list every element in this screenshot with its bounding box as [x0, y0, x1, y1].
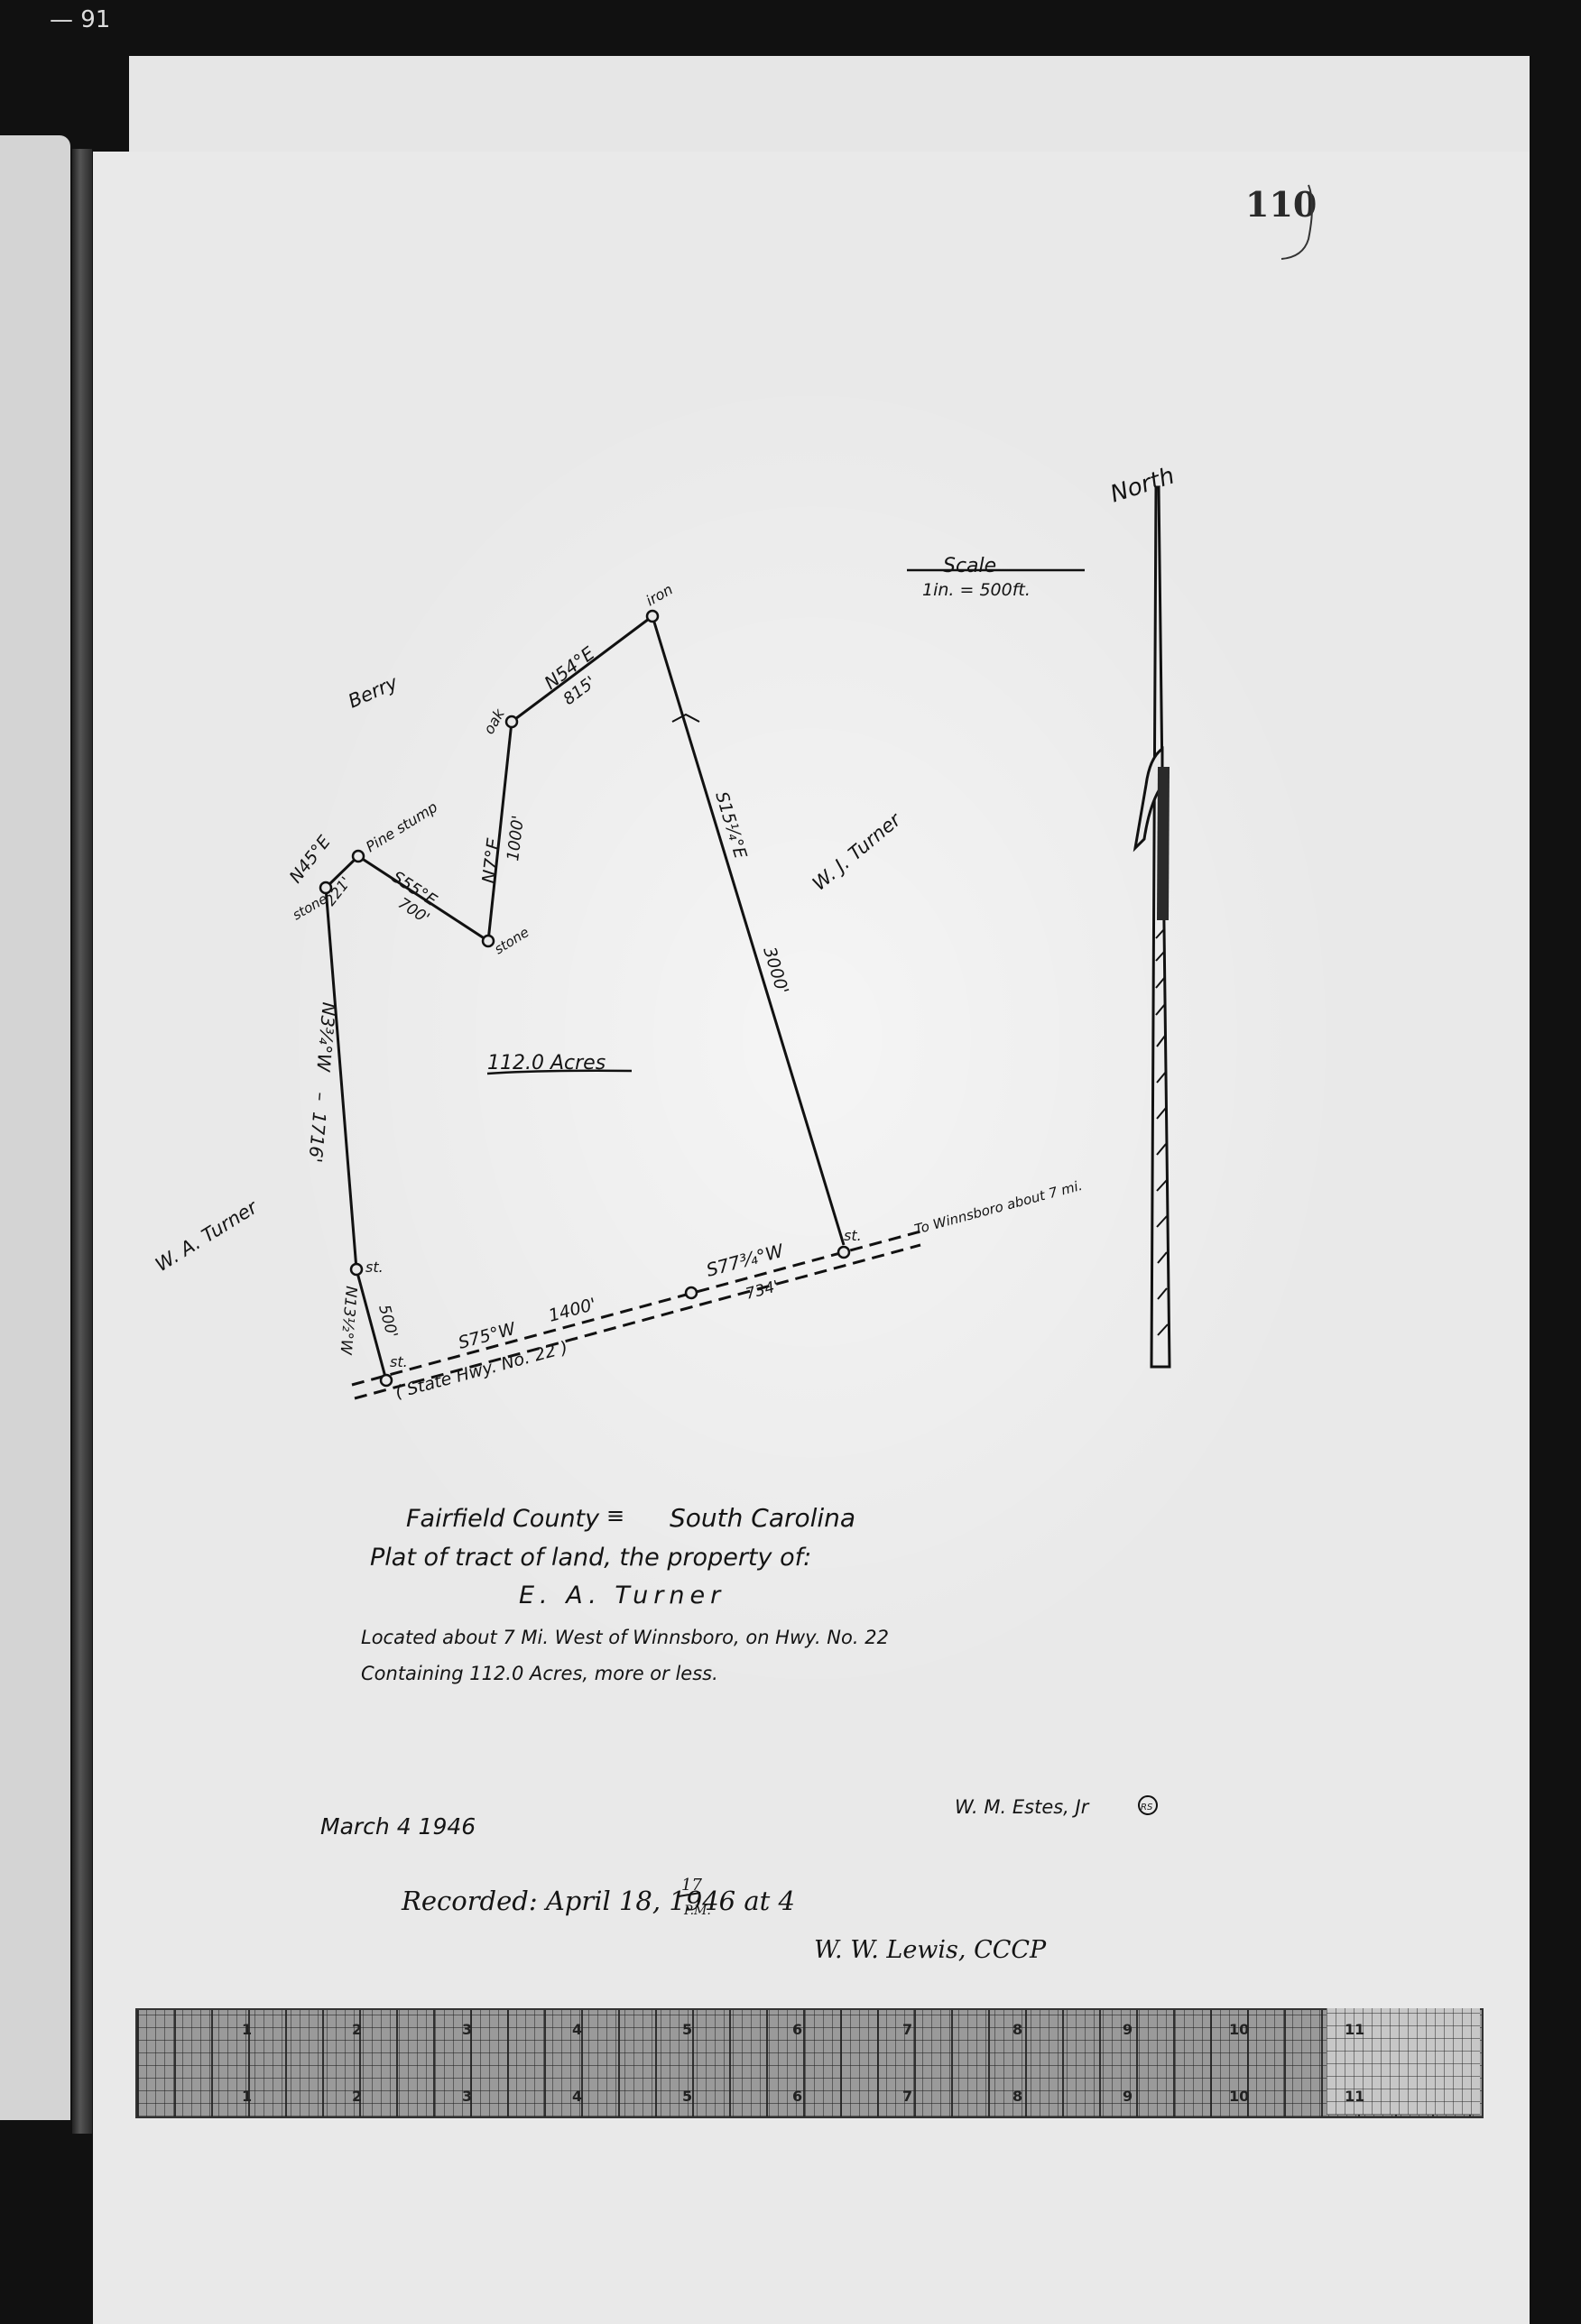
title-plat-of: Plat of tract of land, the property of:: [370, 1544, 811, 1572]
north-label: North: [1107, 463, 1178, 509]
call-n3w-bearing: N3¾°W: [312, 1001, 340, 1074]
svg-text:≡: ≡: [606, 1503, 624, 1528]
corner-label-pine-stump: Pine stump: [363, 798, 440, 856]
north-arrow: North: [1107, 463, 1178, 1367]
svg-text:RS: RS: [1141, 1803, 1153, 1812]
adjoiner-north: Berry: [345, 671, 401, 712]
call-n13w-bearing: N13½°W: [336, 1286, 360, 1357]
recorded-stamp: Recorded: April 18, 1946 at 4: [401, 1886, 795, 1916]
measurement-ruler: [135, 2008, 1484, 2118]
title-owner: E. A. Turner: [519, 1582, 726, 1609]
title-block: Fairfield County ≡ South Carolina Plat o…: [361, 1503, 889, 1684]
title-location: Located about 7 Mi. West of Winnsboro, o…: [361, 1627, 889, 1648]
corner-label-stone-mid: stone: [492, 924, 532, 957]
call-n45e-bearing: N45°E: [286, 832, 335, 887]
surveyor-signature: W. M. Estes, Jr: [955, 1796, 1090, 1818]
scale-note: Scale 1in. = 500ft.: [907, 555, 1085, 600]
corner-mark: — 91: [50, 6, 110, 33]
adjoiner-east: W. J. Turner: [809, 808, 906, 895]
svg-text:–: –: [310, 1092, 332, 1102]
call-n13w-distance: 500': [374, 1303, 401, 1340]
call-n7e-bearing: N7°E: [477, 836, 504, 884]
page-number: 110: [1245, 184, 1317, 225]
adjoiner-west: W. A. Turner: [152, 1195, 262, 1276]
call-s15e-distance: 3000': [759, 945, 792, 997]
call-n3w-distance: 1716': [304, 1111, 330, 1163]
survey-date: March 4 1946: [320, 1813, 476, 1840]
call-n7e-distance: 1000': [504, 815, 528, 862]
title-acreage: Containing 112.0 Acres, more or less.: [361, 1663, 718, 1684]
scale-title: Scale: [943, 555, 996, 577]
recorded-minutes: 17: [681, 1876, 702, 1895]
plat-drawing: — 91 110 Scale 1in. = 500ft. North: [0, 0, 1581, 2324]
corner-label-st-west: st.: [365, 1259, 384, 1276]
corner-label-oak: oak: [480, 705, 508, 737]
scale-value: 1in. = 500ft.: [922, 580, 1031, 600]
corner-label-st-se: st.: [844, 1227, 862, 1244]
corner-label-iron: iron: [643, 581, 676, 610]
clerk-signature: W. W. Lewis, CCCP: [814, 1936, 1047, 1964]
title-state: South Carolina: [670, 1503, 855, 1533]
road-destination-label: To Winnsboro about 7 mi.: [912, 1177, 1084, 1238]
recorded-ampm: P.M.: [683, 1904, 711, 1918]
call-s77w-bearing: S77¾°W: [704, 1240, 787, 1281]
call-s77w-distance: 734': [744, 1277, 781, 1304]
title-county: Fairfield County: [406, 1505, 600, 1533]
corner-label-st-sw: st.: [390, 1353, 408, 1370]
